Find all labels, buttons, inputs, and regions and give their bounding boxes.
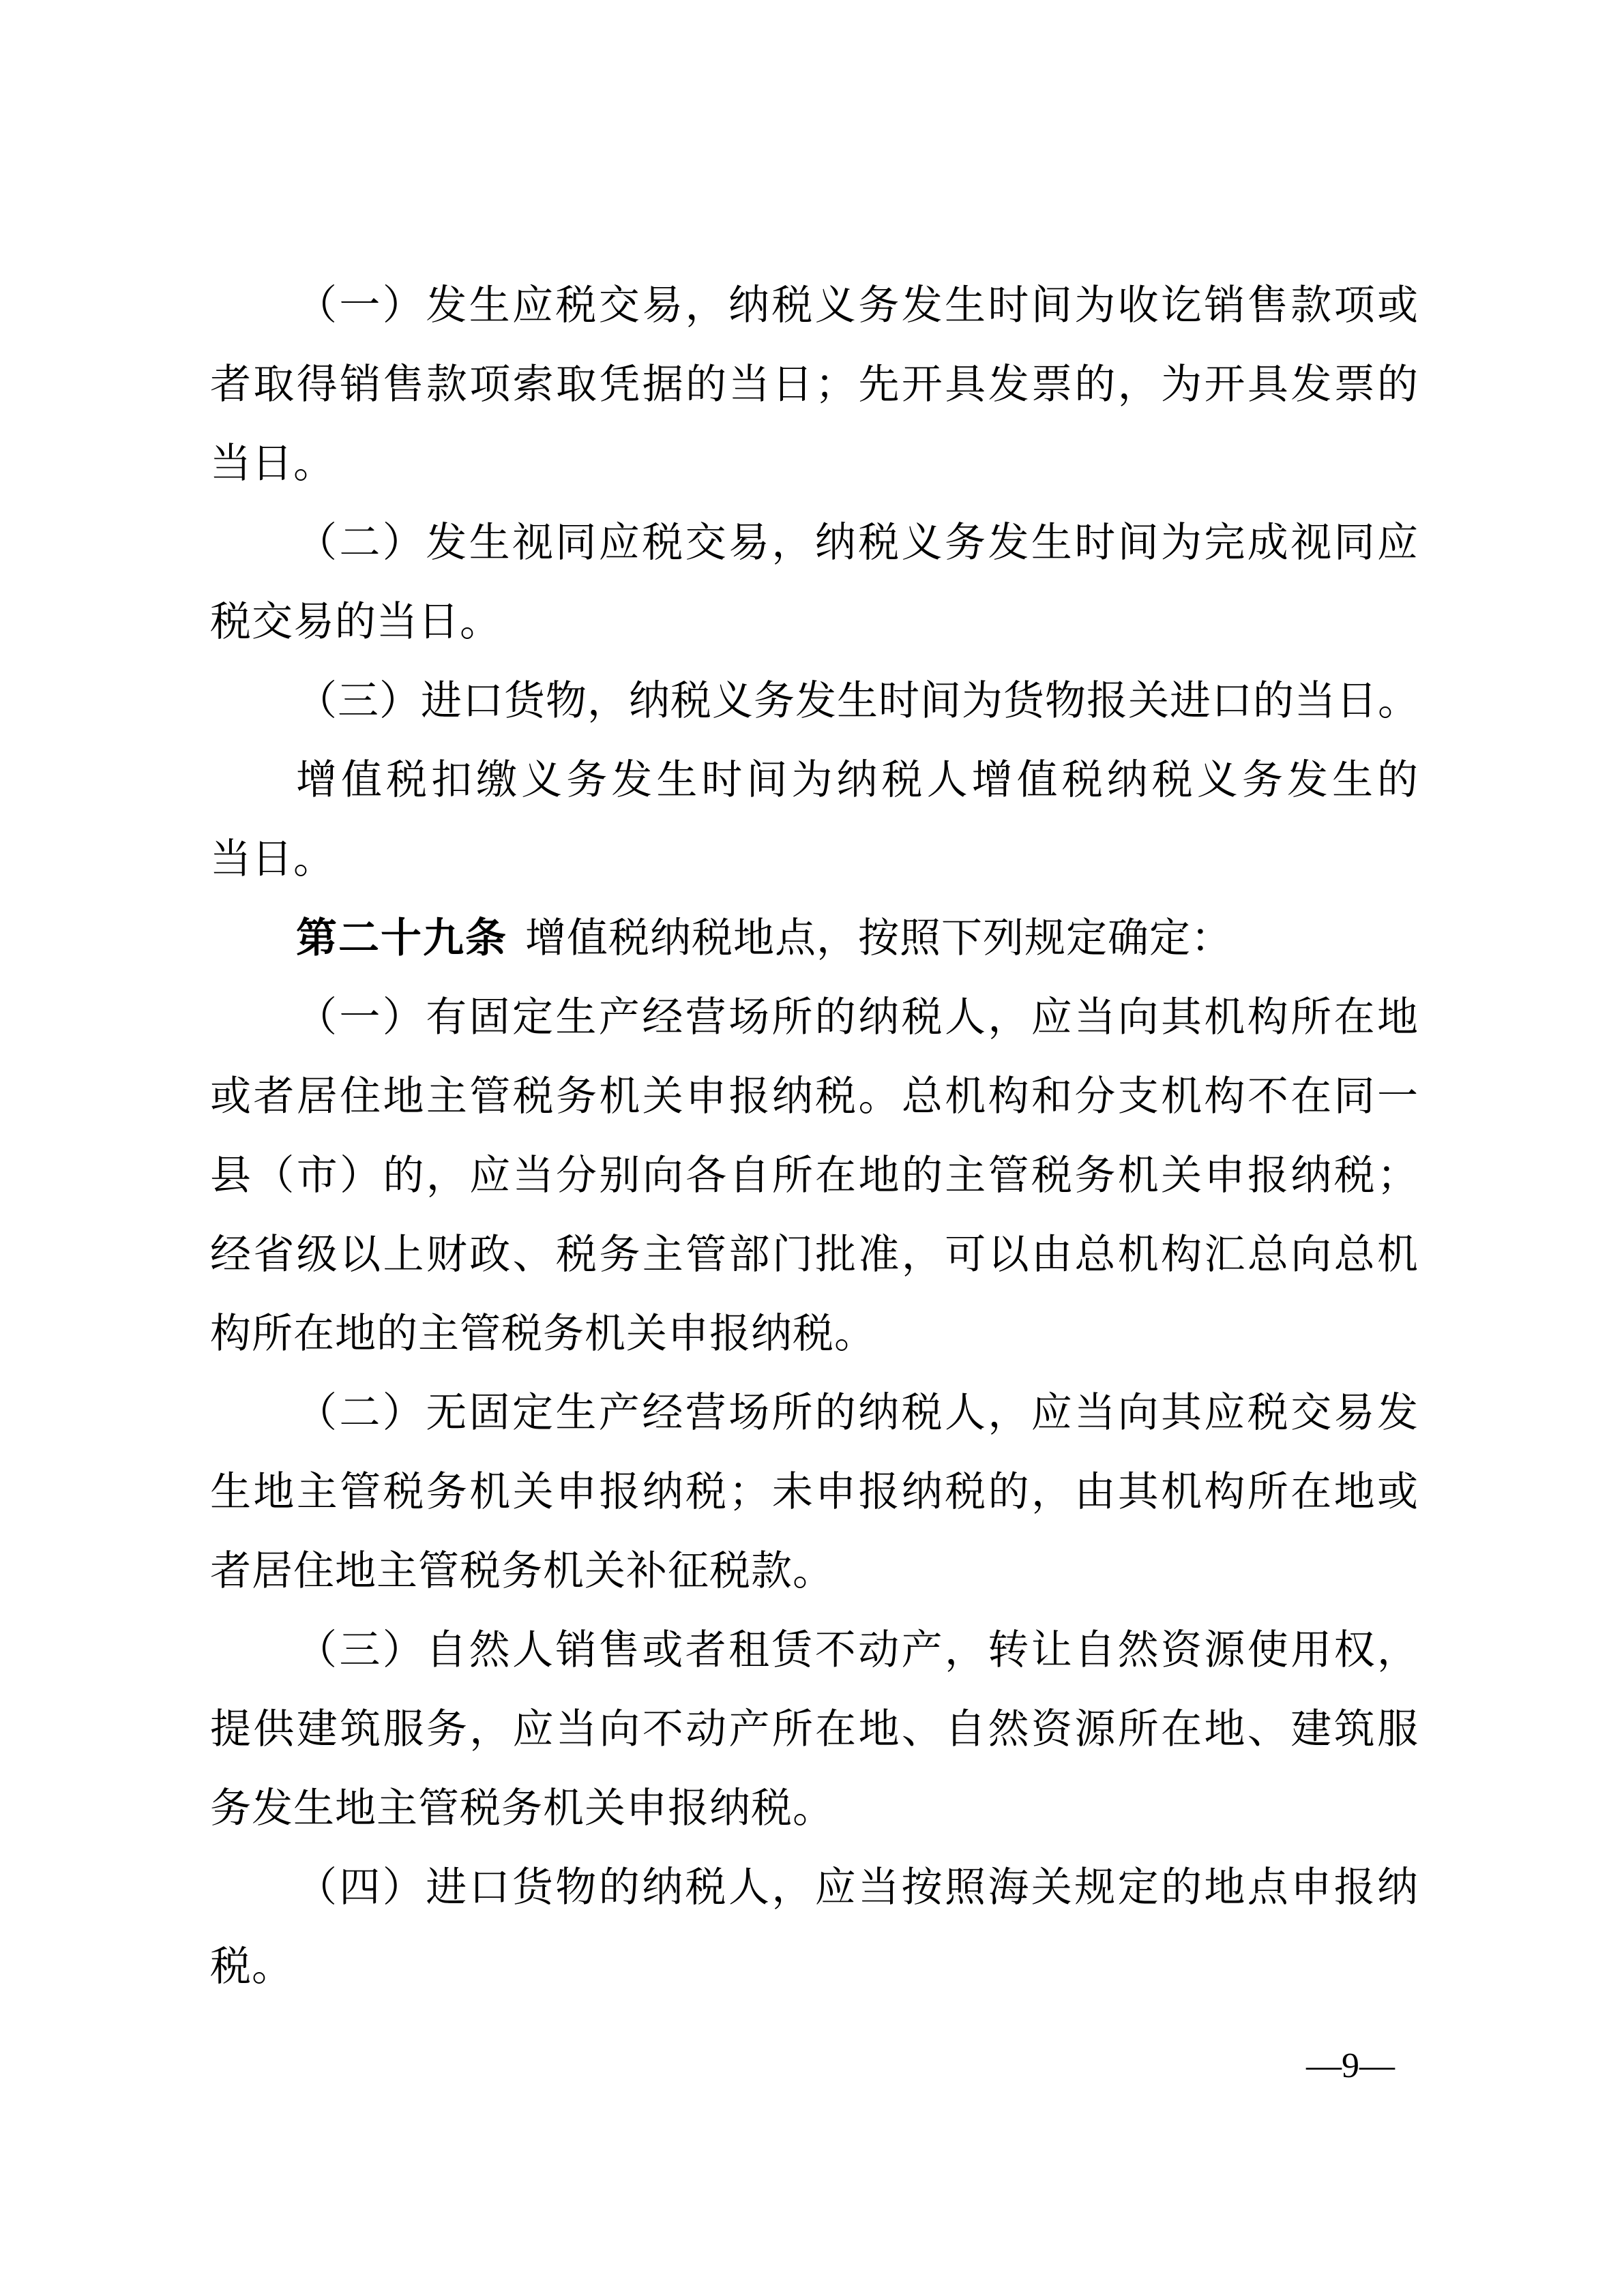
document-line: 者取得销售款项索取凭据的当日；先开具发票的，为开具发票的	[210, 345, 1419, 424]
document-line: 当日。	[210, 424, 1419, 503]
line-text: 增值税纳税地点，按照下列规定确定：	[525, 916, 1232, 961]
line-text: 构所在地的主管税务机关申报纳税。	[210, 1311, 876, 1356]
line-text: （一）发生应税交易，纳税义务发生时间为收讫销售款项或	[296, 283, 1419, 328]
document-line: 者居住地主管税务机关补征税款。	[210, 1532, 1419, 1611]
document-line: （三）自然人销售或者租赁不动产，转让自然资源使用权，	[210, 1611, 1419, 1690]
document-line: 税交易的当日。	[210, 582, 1419, 661]
document-line: （二）发生视同应税交易，纳税义务发生时间为完成视同应	[210, 503, 1419, 582]
document-line: （三）进口货物，纳税义务发生时间为货物报关进口的当日。	[210, 661, 1419, 741]
article-number: 第二十九条	[296, 915, 507, 961]
line-text: 当日。	[210, 837, 335, 882]
document-line: 构所在地的主管税务机关申报纳税。	[210, 1294, 1419, 1373]
document-line: 第二十九条增值税纳税地点，按照下列规定确定：	[210, 899, 1419, 978]
line-text: （三）自然人销售或者租赁不动产，转让自然资源使用权，	[296, 1628, 1419, 1673]
document-page: （一）发生应税交易，纳税义务发生时间为收讫销售款项或者取得销售款项索取凭据的当日…	[0, 0, 1624, 2296]
document-line: 提供建筑服务，应当向不动产所在地、自然资源所在地、建筑服	[210, 1690, 1419, 1769]
line-text: （二）无固定生产经营场所的纳税人，应当向其应税交易发	[296, 1390, 1419, 1435]
line-text: 当日。	[210, 441, 335, 486]
line-text: 税交易的当日。	[210, 599, 501, 644]
line-text: （四）进口货物的纳税人，应当按照海关规定的地点申报纳	[296, 1865, 1419, 1910]
page-number: —9—	[1269, 2042, 1432, 2090]
line-text: 者取得销售款项索取凭据的当日；先开具发票的，为开具发票的	[210, 362, 1419, 407]
document-line: 务发生地主管税务机关申报纳税。	[210, 1769, 1419, 1848]
line-text: 县（市）的，应当分别向各自所在地的主管税务机关申报纳税；	[210, 1153, 1419, 1198]
line-text: 提供建筑服务，应当向不动产所在地、自然资源所在地、建筑服	[210, 1707, 1419, 1752]
document-line: 当日。	[210, 820, 1419, 899]
line-text: 生地主管税务机关申报纳税；未申报纳税的，由其机构所在地或	[210, 1470, 1419, 1515]
document-line: （一）发生应税交易，纳税义务发生时间为收讫销售款项或	[210, 266, 1419, 345]
document-line: 增值税扣缴义务发生时间为纳税人增值税纳税义务发生的	[210, 741, 1419, 820]
line-text: （二）发生视同应税交易，纳税义务发生时间为完成视同应	[296, 520, 1419, 565]
document-line: 生地主管税务机关申报纳税；未申报纳税的，由其机构所在地或	[210, 1452, 1419, 1532]
document-line: （四）进口货物的纳税人，应当按照海关规定的地点申报纳	[210, 1848, 1419, 1927]
line-text: 税。	[210, 1944, 293, 1989]
line-text: （一）有固定生产经营场所的纳税人，应当向其机构所在地	[296, 995, 1419, 1040]
document-line: （二）无固定生产经营场所的纳税人，应当向其应税交易发	[210, 1373, 1419, 1452]
line-text: 务发生地主管税务机关申报纳税。	[210, 1786, 834, 1831]
document-line: 或者居住地主管税务机关申报纳税。总机构和分支机构不在同一	[210, 1057, 1419, 1136]
line-text: 者居住地主管税务机关补征税款。	[210, 1549, 834, 1594]
document-line: （一）有固定生产经营场所的纳税人，应当向其机构所在地	[210, 978, 1419, 1057]
line-text: 增值税扣缴义务发生时间为纳税人增值税纳税义务发生的	[296, 758, 1419, 803]
document-body: （一）发生应税交易，纳税义务发生时间为收讫销售款项或者取得销售款项索取凭据的当日…	[210, 266, 1419, 2006]
line-text: 或者居住地主管税务机关申报纳税。总机构和分支机构不在同一	[210, 1074, 1419, 1119]
document-line: 县（市）的，应当分别向各自所在地的主管税务机关申报纳税；	[210, 1136, 1419, 1215]
line-text: 经省级以上财政、税务主管部门批准，可以由总机构汇总向总机	[210, 1232, 1419, 1277]
document-line: 税。	[210, 1927, 1419, 2006]
line-text: （三）进口货物，纳税义务发生时间为货物报关进口的当日。	[296, 679, 1419, 724]
document-line: 经省级以上财政、税务主管部门批准，可以由总机构汇总向总机	[210, 1215, 1419, 1294]
